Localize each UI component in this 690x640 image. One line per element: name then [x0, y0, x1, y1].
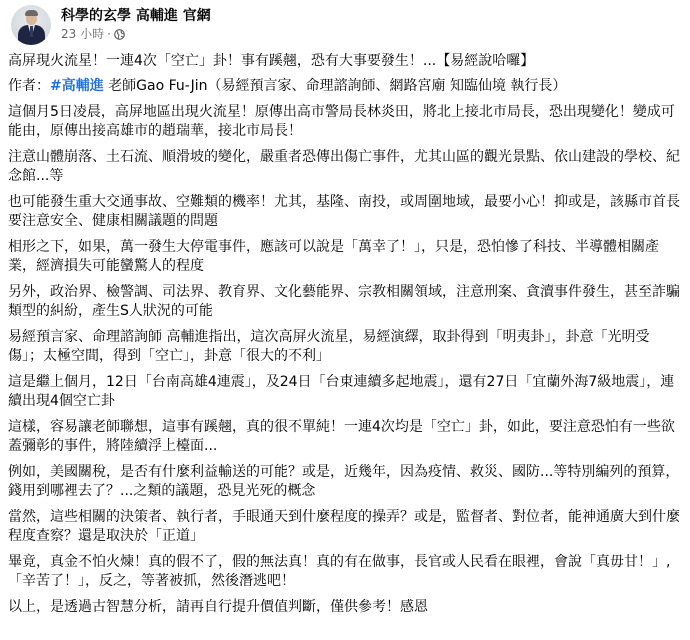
author-description: 老師Gao Fu-Jin（易經預言家、命理諮詢師、網路宮廟 知臨仙境 執行長）	[104, 78, 567, 94]
facebook-post: 科學的玄學 高輔進 官網 23 小時 · 高屏現火流星！一連4次「空亡」卦！事有…	[0, 0, 690, 640]
post-paragraph: 例如，美國關稅，是否有什麼利益輸送的可能？或是，近幾年，因為疫情、救災、國防..…	[8, 463, 680, 501]
post-paragraph: 也可能發生重大交通事故、空難類的機率！尤其，基隆、南投，或周圍地域，最要小心！抑…	[8, 193, 680, 231]
hashtag-link[interactable]: #高輔進	[50, 78, 104, 94]
post-paragraph: 畢竟，真金不怕火煉！真的假不了，假的無法真！真的有在做事，長官或人民看在眼裡，會…	[8, 553, 680, 591]
meta-separator: ·	[107, 26, 111, 42]
post-paragraph: 當然，這些相關的決策者、執行者，手眼通天到什麼程度的操弄？或是，監督者、對位者，…	[8, 508, 680, 546]
post-paragraph: 這樣，容易讓老師聯想，這事有蹊翹，真的很不單純！一連4次均是「空亡」卦，如此，要…	[8, 418, 680, 456]
post-paragraph: 另外，政治界、檢警調、司法界、教育界、文化藝能界、宗教相關領域，注意刑案、貪瀆事…	[8, 283, 680, 321]
avatar-tie	[30, 26, 33, 37]
avatar[interactable]	[11, 5, 51, 45]
post-paragraph: 這是繼上個月，12日「台南高雄4連震」，及24日「台東連續多起地震」，還有27日…	[8, 373, 680, 411]
post-timestamp[interactable]: 23 小時	[61, 26, 104, 42]
page-name-link[interactable]: 科學的玄學 高輔進 官網	[61, 7, 211, 25]
post-paragraph: 易經預言家、命理諮詢師 高輔進指出，這次高屏火流星，易經演繹，取卦得到「明夷卦」…	[8, 328, 680, 366]
avatar-hair	[25, 10, 38, 16]
post-paragraph: 相形之下，如果，萬一發生大停電事件，應該可以說是「萬幸了！」，只是，恐怕慘了科技…	[8, 238, 680, 276]
post-title: 高屏現火流星！一連4次「空亡」卦！事有蹊翹，恐有大事要發生！...【易經說哈囉】	[8, 52, 680, 71]
globe-icon[interactable]	[114, 28, 125, 39]
post-body: 高屏現火流星！一連4次「空亡」卦！事有蹊翹，恐有大事要發生！...【易經說哈囉】…	[8, 52, 680, 617]
post-paragraph: 注意山體崩落、土石流、順滑坡的變化，嚴重者恐傳出傷亡事件，尤其山區的觀光景點、依…	[8, 148, 680, 186]
author-line: 作者：#高輔進 老師Gao Fu-Jin（易經預言家、命理諮詢師、網路宮廟 知臨…	[8, 77, 680, 96]
post-meta: 23 小時 ·	[61, 26, 211, 42]
author-prefix: 作者：	[8, 78, 50, 94]
header-text: 科學的玄學 高輔進 官網 23 小時 ·	[61, 9, 211, 42]
post-paragraph: 這個月5日凌晨，高屏地區出現火流星！原傳出高市警局長林炎田，將北上接北市局長，恐…	[8, 103, 680, 141]
post-header: 科學的玄學 高輔進 官網 23 小時 ·	[8, 0, 680, 50]
post-paragraph: 以上，是透過古智慧分析，請再自行提升價值判斷，僅供參考！感恩	[8, 598, 680, 617]
